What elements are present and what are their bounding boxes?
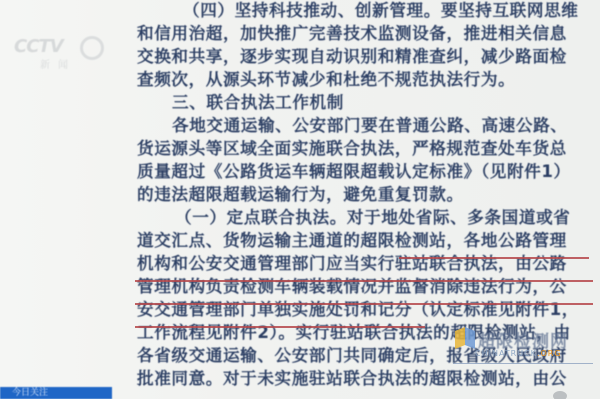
doc-line: 批准同意。对于未实施驻站联合执法的超限检测站，由公 [137, 368, 567, 390]
watermark-en: CHINATRUCK.ORG [475, 349, 562, 358]
wechat-icon [553, 391, 567, 399]
doc-line: 交换和共享，逐步实现自动识别和精准查纠，减少路面检 [137, 46, 567, 68]
highlight-underline [135, 280, 593, 282]
section-heading: 三、联合执法工作机制 [172, 92, 344, 114]
highlight-underline [399, 257, 589, 259]
doc-line: （四）坚持科技推动、创新管理。要坚持互联网思维 [183, 0, 578, 22]
channel-sub-label: 新闻 [40, 56, 76, 71]
watermark-en-text: CHINATRUCK [475, 349, 537, 358]
doc-line: 货运源头等区域全面实施联合执法，严格规范查处车货总 [137, 138, 567, 160]
document-photo: CCTV 新闻 （四）坚持科技推动、创新管理。要坚持互联网思维 和信用治超，加快… [0, 0, 600, 399]
chinatruck-watermark: 超限检测网 CHINATRUCK.ORG [453, 327, 600, 367]
watermark-logo-icon [453, 327, 475, 353]
news-banner: 今日关注 [0, 387, 112, 399]
doc-line: 的违法超限超载运输行为，避免重复罚款。 [137, 184, 464, 206]
doc-line: 质量超过《公路货运车辆超限超载认定标准》（见附件1） [137, 161, 571, 183]
highlight-underline [135, 326, 425, 328]
highlight-underline [135, 303, 593, 305]
cctv-logo-text: CCTV [14, 36, 63, 57]
doc-line: 和信用治超，加快推广完善技术监测设备，推进相关信息 [137, 23, 567, 45]
watermark-en-suffix: .ORG [537, 349, 562, 358]
watermark-divider [453, 363, 593, 364]
channel-number-icon [80, 36, 104, 60]
doc-line: 各地交通运输、公安部门要在普通公路、高速公路、 [172, 115, 567, 137]
doc-line: 查频次，从源头环节减少和杜绝不规范执法行为。 [137, 69, 515, 91]
doc-line: （一）定点联合执法。对于地处省际、多条国道或省 [175, 207, 570, 229]
doc-line: 道交汇点、货物运输主通道的超限检测站，各地公路管理 [137, 230, 567, 252]
cctv-news-logo: CCTV 新闻 [10, 34, 100, 68]
